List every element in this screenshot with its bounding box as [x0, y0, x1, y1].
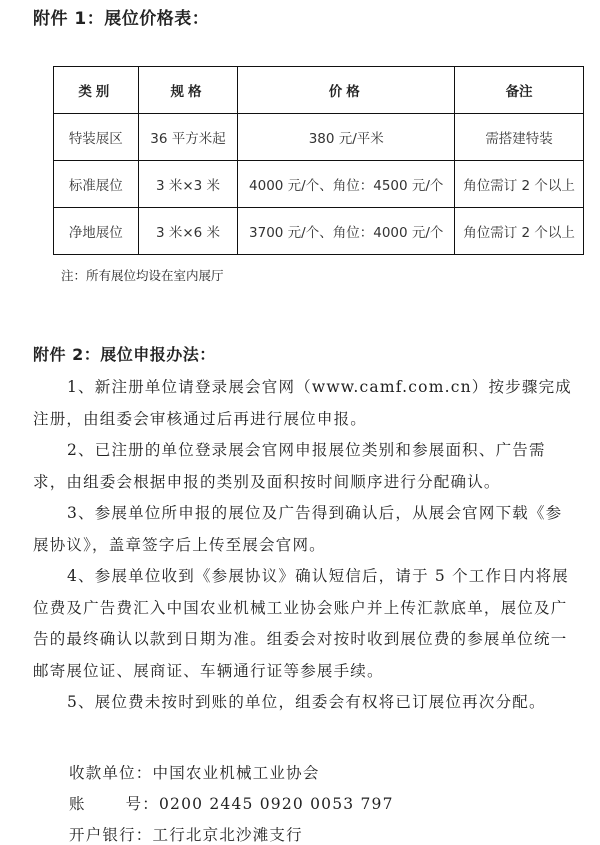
header-category: 类别 — [54, 67, 139, 114]
cell-remark: 角位需订 2 个以上 — [455, 161, 584, 208]
payee-value: 中国农业机械工业协会 — [153, 758, 320, 789]
bank-row: 开户银行： 工行北京北沙滩支行 — [69, 820, 394, 845]
cell-price: 4000 元/个、角位：4500 元/个 — [238, 161, 455, 208]
price-table: 类别 规格 价格 备注 特装展区 36 平方米起 380 元/平米 需搭建特装 … — [53, 66, 584, 255]
cell-remark: 角位需订 2 个以上 — [455, 208, 584, 255]
cell-spec: 3 米×3 米 — [138, 161, 238, 208]
account-label-part-b: 号： — [126, 789, 159, 820]
cell-remark: 需搭建特装 — [455, 114, 584, 161]
cell-spec: 36 平方米起 — [138, 114, 238, 161]
attachment-2-title: 附件 2：展位申报办法： — [33, 342, 216, 365]
header-remark: 备注 — [455, 67, 584, 114]
payee-row: 收款单位： 中国农业机械工业协会 — [69, 758, 394, 789]
procedure-step-2: 2、已注册的单位登录展会官网申报展位类别和参展面积、广告需求，由组委会根据申报的… — [33, 435, 578, 498]
cell-category: 净地展位 — [54, 208, 139, 255]
attachment-1-title: 附件 1：展位价格表： — [33, 4, 209, 29]
account-number-value: 0200 2445 0920 0053 797 — [159, 789, 394, 820]
payee-label: 收款单位： — [69, 758, 153, 789]
account-number-row: 账 号： 0200 2445 0920 0053 797 — [69, 789, 394, 820]
application-procedure: 1、新注册单位请登录展会官网（www.camf.com.cn）按步骤完成注册，由… — [33, 372, 578, 719]
bank-label: 开户银行： — [69, 820, 153, 845]
bank-value: 工行北京北沙滩支行 — [153, 820, 303, 845]
cell-price: 3700 元/个、角位：4000 元/个 — [238, 208, 455, 255]
header-spec: 规格 — [138, 67, 238, 114]
procedure-step-1: 1、新注册单位请登录展会官网（www.camf.com.cn）按步骤完成注册，由… — [33, 372, 578, 435]
cell-spec: 3 米×6 米 — [138, 208, 238, 255]
table-row: 标准展位 3 米×3 米 4000 元/个、角位：4500 元/个 角位需订 2… — [54, 161, 584, 208]
account-number-label: 账 号： — [69, 789, 159, 820]
cell-category: 特装展区 — [54, 114, 139, 161]
procedure-step-3: 3、参展单位所申报的展位及广告得到确认后，从展会官网下载《参展协议》，盖章签字后… — [33, 498, 578, 561]
table-row: 特装展区 36 平方米起 380 元/平米 需搭建特装 — [54, 114, 584, 161]
bank-account-info: 收款单位： 中国农业机械工业协会 账 号： 0200 2445 0920 005… — [69, 758, 394, 845]
cell-category: 标准展位 — [54, 161, 139, 208]
table-note: 注：所有展位均设在室内展厅 — [61, 266, 224, 284]
cell-price: 380 元/平米 — [238, 114, 455, 161]
header-price: 价格 — [238, 67, 455, 114]
account-label-part-a: 账 — [69, 789, 86, 820]
table-row: 净地展位 3 米×6 米 3700 元/个、角位：4000 元/个 角位需订 2… — [54, 208, 584, 255]
table-header-row: 类别 规格 价格 备注 — [54, 67, 584, 114]
procedure-step-5: 5、展位费未按时到账的单位，组委会有权将已订展位再次分配。 — [33, 687, 578, 719]
procedure-step-4: 4、参展单位收到《参展协议》确认短信后，请于 5 个工作日内将展位费及广告费汇入… — [33, 561, 578, 687]
